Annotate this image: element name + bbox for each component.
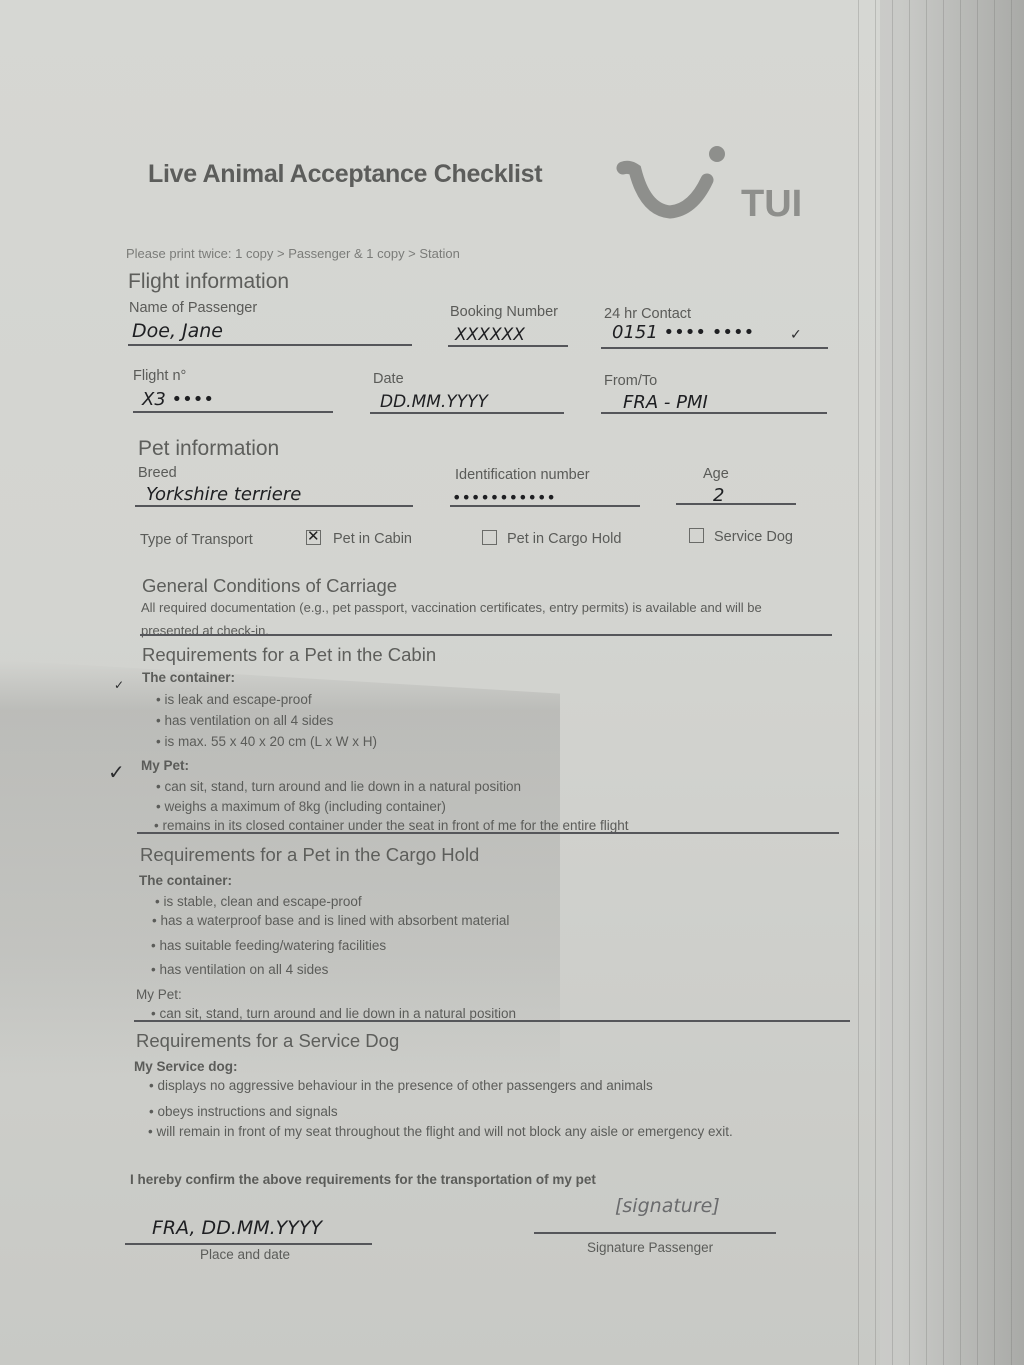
pet-info-heading: Pet information (138, 437, 279, 461)
print-instruction: Please print twice: 1 copy > Passenger &… (126, 246, 460, 261)
id-number-underline (450, 505, 640, 507)
cabin-requirements-divider (137, 832, 839, 834)
passenger-name-field[interactable]: Doe, Jane (132, 320, 223, 342)
service-dog-item: • displays no aggressive behaviour in th… (149, 1078, 653, 1093)
general-conditions-heading: General Conditions of Carriage (142, 575, 397, 597)
breed-underline (135, 505, 413, 507)
tui-logo-icon: TUI (615, 140, 825, 230)
transport-type-label: Type of Transport (140, 532, 253, 548)
cabin-container-tick-icon: ✓ (114, 678, 124, 692)
date-field[interactable]: DD.MM.YYYY (380, 392, 488, 412)
date-label: Date (373, 371, 404, 387)
cabin-container-label: The container: (142, 670, 235, 685)
contact-field[interactable]: 0151 •••• •••• (612, 322, 754, 343)
service-dog-checkbox[interactable] (689, 528, 704, 543)
cabin-pet-label: My Pet: (141, 758, 189, 773)
cargo-container-item: • has a waterproof base and is lined wit… (152, 913, 509, 928)
confirmation-statement: I hereby confirm the above requirements … (130, 1172, 596, 1187)
flight-no-field[interactable]: X3 •••• (142, 389, 214, 410)
pet-in-cargo-label: Pet in Cargo Hold (507, 531, 621, 547)
cargo-container-label: The container: (139, 873, 232, 888)
place-date-label: Place and date (200, 1247, 290, 1262)
from-to-underline (601, 412, 827, 414)
general-conditions-text-1: All required documentation (e.g., pet pa… (141, 600, 762, 615)
id-number-label: Identification number (455, 467, 590, 483)
general-conditions-text-2: presented at check-in. (141, 623, 269, 638)
signature-underline (534, 1232, 776, 1234)
general-conditions-divider (140, 634, 832, 636)
breed-label: Breed (138, 465, 177, 481)
from-to-label: From/To (604, 373, 657, 389)
cargo-requirements-divider (134, 1020, 850, 1022)
signature-field[interactable]: [signature] (615, 1195, 720, 1217)
signature-label: Signature Passenger (587, 1240, 713, 1255)
flight-info-heading: Flight information (128, 270, 289, 294)
cabin-container-item: • has ventilation on all 4 sides (156, 713, 333, 728)
place-date-field[interactable]: FRA, DD.MM.YYYY (152, 1217, 322, 1239)
cargo-pet-item: • can sit, stand, turn around and lie do… (151, 1006, 516, 1021)
flight-no-label: Flight n° (133, 368, 186, 384)
cargo-requirements-heading: Requirements for a Pet in the Cargo Hold (140, 844, 479, 866)
cargo-pet-label: My Pet: (136, 987, 182, 1002)
contact-underline (601, 347, 828, 349)
booking-number-field[interactable]: XXXXXX (455, 325, 525, 345)
service-dog-item: • will remain in front of my seat throug… (148, 1124, 733, 1139)
age-underline (676, 503, 796, 505)
pet-in-cabin-checkbox[interactable] (306, 530, 321, 545)
form-title: Live Animal Acceptance Checklist (148, 160, 542, 189)
cabin-container-item: • is leak and escape-proof (156, 692, 312, 707)
date-underline (370, 412, 564, 414)
booking-number-label: Booking Number (450, 304, 558, 320)
place-date-underline (125, 1243, 372, 1245)
service-dog-label: Service Dog (714, 529, 793, 545)
cabin-pet-tick-icon: ✓ (108, 760, 125, 785)
cabin-pet-item: • remains in its closed container under … (154, 818, 628, 833)
flight-no-underline (133, 411, 333, 413)
service-dog-requirements-heading: Requirements for a Service Dog (136, 1030, 399, 1052)
contact-tick-icon: ✓ (790, 326, 802, 343)
cabin-pet-item: • can sit, stand, turn around and lie do… (156, 779, 521, 794)
svg-text:TUI: TUI (741, 183, 802, 225)
pet-in-cabin-label: Pet in Cabin (333, 531, 412, 547)
cabin-requirements-heading: Requirements for a Pet in the Cabin (142, 644, 436, 666)
cargo-container-item: • is stable, clean and escape-proof (155, 894, 362, 909)
cabin-pet-item: • weighs a maximum of 8kg (including con… (156, 799, 446, 814)
booking-number-underline (448, 345, 568, 347)
age-label: Age (703, 466, 729, 482)
contact-label: 24 hr Contact (604, 306, 691, 322)
cargo-container-item: • has suitable feeding/watering faciliti… (151, 938, 386, 953)
passenger-name-label: Name of Passenger (129, 300, 257, 316)
from-to-field[interactable]: FRA - PMI (623, 392, 708, 413)
service-dog-item: • obeys instructions and signals (149, 1104, 338, 1119)
pet-in-cargo-checkbox[interactable] (482, 530, 497, 545)
cabin-container-item: • is max. 55 x 40 x 20 cm (L x W x H) (156, 734, 377, 749)
passenger-name-underline (128, 344, 412, 346)
cargo-container-item: • has ventilation on all 4 sides (151, 962, 328, 977)
service-dog-label-text: My Service dog: (134, 1059, 238, 1074)
breed-field[interactable]: Yorkshire terriere (146, 484, 301, 505)
paper-stack-edge (849, 0, 1024, 1365)
